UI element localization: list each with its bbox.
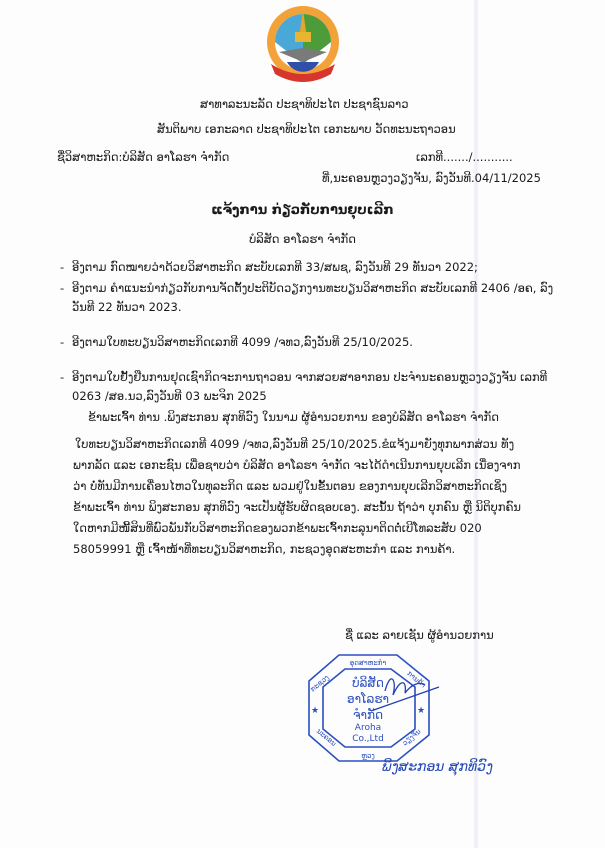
reference-item: ອີງຕາມ ກົດໝາຍວ່າດ້ວຍວິສາຫະກິດ ສະບັບເລກທີ… — [60, 258, 560, 277]
lao-national-emblem-icon — [259, 4, 347, 82]
signature-label: ຊື່ ແລະ ລາຍເຊັນ ຜູ້ອຳນວຍການ — [345, 629, 494, 643]
organization-name: ຊື່ວິສາຫະກິດ:ບໍລິສັດ ອາໂລຮາ ຈຳກັດ — [57, 151, 229, 165]
place-date: ທີ່,ນະຄອນຫຼວງວຽງຈັນ, ລົງວັນທີ.04/11/2025 — [322, 172, 541, 186]
signatory-name: ພິງສະກອນ ສຸກທິວົງ — [382, 759, 493, 776]
stamp-line4: Aroha — [355, 723, 381, 733]
document-title: ແຈ້ງການ ກ່ຽວກັບການຍຸບເລີກ — [0, 203, 605, 219]
body-paragraph: ໃບທະບຽນວິສາຫະກິດເລກທີ 4099 /ຈທວ,ລົງວັນທີ… — [73, 434, 521, 560]
reference-item: ອີງຕາມ ຄຳແນະນຳກ່ຽວກັບການຈັດຕັ້ງປະຕິບັດວຽ… — [60, 279, 560, 317]
stamp-line2: ອາໂລຮາ — [347, 692, 389, 706]
stamp-line5: Co.,Ltd — [352, 734, 384, 744]
svg-text:★: ★ — [417, 706, 425, 716]
addressee-line: ຂ້າພະເຈົ້າ ທ່ານ .ພິງສະກອນ ສຸກທິວົງ ໃນນາມ… — [88, 411, 499, 425]
reference-number: ເລກທີ......./........... — [416, 151, 513, 165]
stamp-line3: ຈຳກັດ — [353, 708, 383, 722]
document-subtitle: ບໍລິສັດ ອາໂລຮາ ຈຳກັດ — [0, 233, 605, 247]
references-list: ອີງຕາມ ກົດໝາຍວ່າດ້ວຍວິສາຫະກິດ ສະບັບເລກທີ… — [60, 258, 560, 408]
stamp-line1: ບໍລິສັດ — [352, 675, 384, 690]
company-stamp: ອຸດສາຫະກຳ ກະຊວງ ການຄ້າ ນະຄອນ ຫຼວງ ວຽງຈັນ… — [301, 651, 441, 766]
stamp-ring-top: ອຸດສາຫະກຳ — [350, 659, 387, 668]
reference-item: ອີງຕາມໃບຢັ້ງຢືນການຢຸດເຊົາກິດຈະການຖາວອນ ຈ… — [60, 368, 560, 406]
header-country: ສາທາລະນະລັດ ປະຊາທິປະໄຕ ປະຊາຊົນລາວ — [200, 98, 409, 112]
stamp-ring-bottom: ຫຼວງ — [361, 752, 375, 760]
svg-text:★: ★ — [311, 706, 319, 716]
reference-item: ອີງຕາມໃບທະບຽນວິສາຫະກິດເລກທີ 4099 /ຈທວ,ລົ… — [60, 333, 560, 352]
header-motto: ສັນຕິພາບ ເອກະລາດ ປະຊາທິປະໄຕ ເອກະພາບ ວັດທ… — [157, 123, 456, 137]
